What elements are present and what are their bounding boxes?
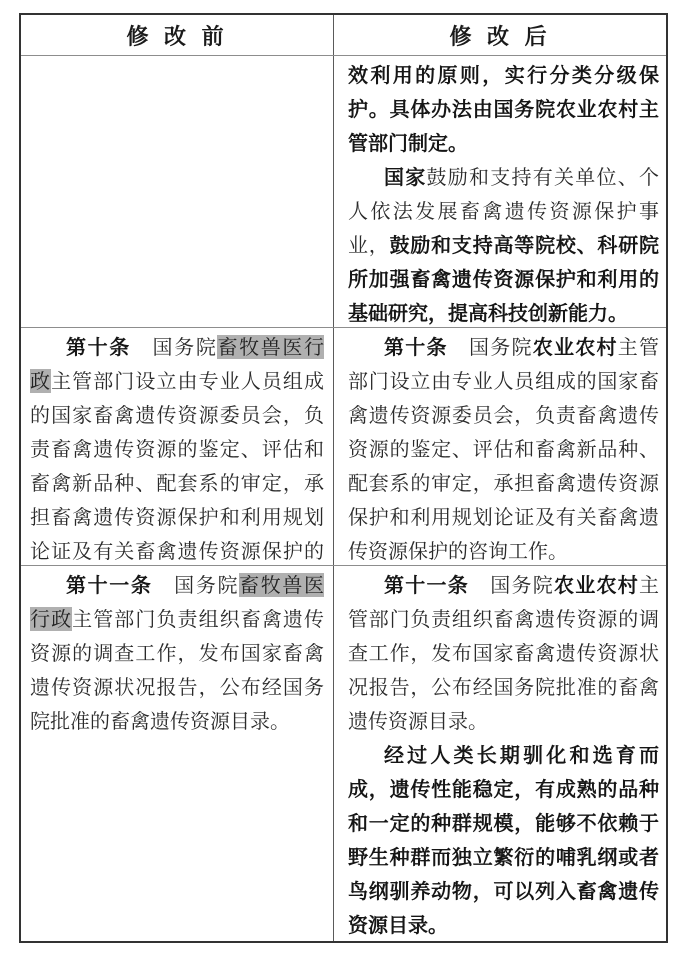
text-run-regular: 国务院	[131, 335, 218, 359]
text-run-regular: 主管部门设立由专业人员组成的国家畜禽遗传资源委员会，负责畜禽遗传资源的鉴定、评估…	[30, 369, 324, 565]
text-run-bold: 农业农村	[533, 335, 618, 359]
table-cell-before: 第十一条 国务院畜牧兽医行政主管部门负责组织畜禽遗传资源的调查工作，发布国家畜禽…	[21, 566, 334, 941]
text-run-bold: 第十一条	[384, 573, 469, 597]
text-run-regular: 主管部门设立由专业人员组成的国家畜禽遗传资源委员会，负责畜禽遗传资源的鉴定、评估…	[348, 335, 659, 563]
revision-comparison-table: 修 改 前 修 改 后 效利用的原则，实行分类分级保护。具体办法由国务院农业农村…	[19, 13, 668, 943]
paragraph: 第十条 国务院农业农村主管部门设立由专业人员组成的国家畜禽遗传资源委员会，负责畜…	[348, 330, 659, 565]
text-run-regular: 国务院	[469, 573, 554, 597]
paragraph: 经过人类长期驯化和选育而成，遗传性能稳定，有成熟的品种和一定的种群规模，能够不依…	[348, 738, 659, 941]
table-row: 第十条 国务院畜牧兽医行政主管部门设立由专业人员组成的国家畜禽遗传资源委员会，负…	[21, 327, 666, 565]
paragraph: 国家鼓励和支持有关单位、个人依法发展畜禽遗传资源保护事业，鼓励和支持高等院校、科…	[348, 160, 659, 327]
paragraph: 效利用的原则，实行分类分级保护。具体办法由国务院农业农村主管部门制定。	[348, 58, 659, 160]
text-run-bold: 效利用的原则，实行分类分级保护。具体办法由国务院农业农村主管部门制定。	[348, 63, 659, 155]
text-run-bold: 国家	[384, 165, 427, 189]
table-cell-after: 第十一条 国务院农业农村主管部门负责组织畜禽遗传资源的调查工作，发布国家畜禽遗传…	[334, 566, 666, 941]
table-cell-after: 第十条 国务院农业农村主管部门设立由专业人员组成的国家畜禽遗传资源委员会，负责畜…	[334, 328, 666, 565]
column-header-before: 修 改 前	[21, 15, 334, 55]
column-header-after: 修 改 后	[334, 15, 666, 55]
text-run-bold: 经过人类长期驯化和选育而成，遗传性能稳定，有成熟的品种和一定的种群规模，能够不依…	[348, 743, 659, 937]
table-rows: 效利用的原则，实行分类分级保护。具体办法由国务院农业农村主管部门制定。国家鼓励和…	[21, 55, 666, 941]
table-row: 第十一条 国务院畜牧兽医行政主管部门负责组织畜禽遗传资源的调查工作，发布国家畜禽…	[21, 565, 666, 941]
paragraph: 第十条 国务院畜牧兽医行政主管部门设立由专业人员组成的国家畜禽遗传资源委员会，负…	[30, 330, 324, 565]
text-run-bold: 第十条	[384, 335, 448, 359]
text-run-bold: 第十条	[66, 335, 131, 359]
table-cell-before: 第十条 国务院畜牧兽医行政主管部门设立由专业人员组成的国家畜禽遗传资源委员会，负…	[21, 328, 334, 565]
text-run-regular: 主管部门负责组织畜禽遗传资源的调查工作，发布国家畜禽遗传资源状况报告，公布经国务…	[30, 607, 324, 733]
text-run-bold: 农业农村	[554, 573, 639, 597]
text-run-bold: 鼓励和支持高等院校、科研院所加强畜禽遗传资源保护和利用的基础研究，提高科技创新能…	[348, 233, 659, 325]
document-page: 修 改 前 修 改 后 效利用的原则，实行分类分级保护。具体办法由国务院农业农村…	[0, 0, 686, 959]
text-run-regular: 国务院	[448, 335, 533, 359]
table-cell-before	[21, 56, 334, 327]
table-cell-after: 效利用的原则，实行分类分级保护。具体办法由国务院农业农村主管部门制定。国家鼓励和…	[334, 56, 666, 327]
paragraph: 第十一条 国务院农业农村主管部门负责组织畜禽遗传资源的调查工作，发布国家畜禽遗传…	[348, 568, 659, 738]
table-header-row: 修 改 前 修 改 后	[21, 15, 666, 55]
text-run-regular: 国务院	[153, 573, 240, 597]
table-row: 效利用的原则，实行分类分级保护。具体办法由国务院农业农村主管部门制定。国家鼓励和…	[21, 55, 666, 327]
paragraph: 第十一条 国务院畜牧兽医行政主管部门负责组织畜禽遗传资源的调查工作，发布国家畜禽…	[30, 568, 324, 738]
text-run-bold: 第十一条	[66, 573, 153, 597]
text-run-regular: 主管部门负责组织畜禽遗传资源的调查工作，发布国家畜禽遗传资源状况报告，公布经国务…	[348, 573, 659, 733]
